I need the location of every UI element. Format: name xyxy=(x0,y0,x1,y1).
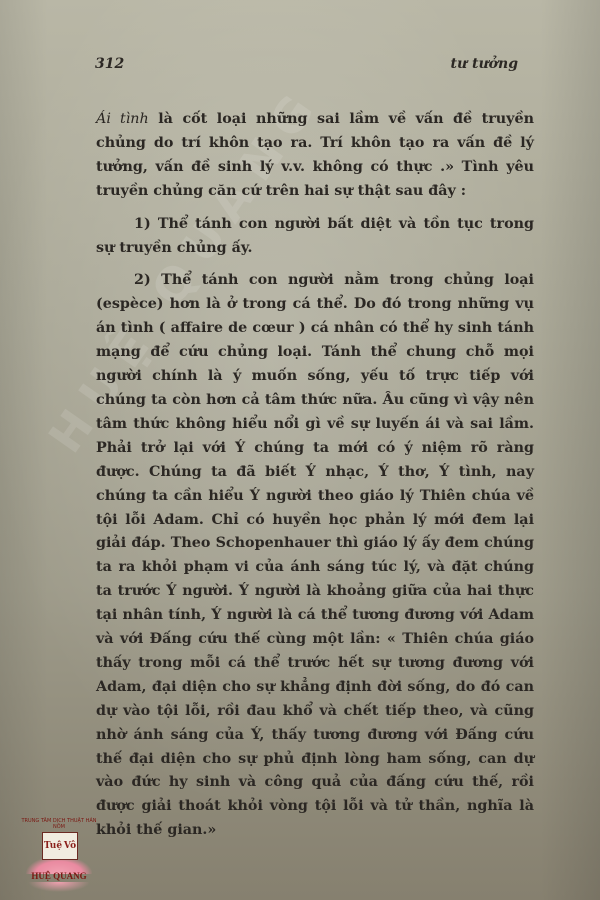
page-body: Ái tình là cốt loại những sai lầm về vấn… xyxy=(96,108,534,843)
running-header: tư tưởng xyxy=(451,56,518,72)
publisher-logo: TRUNG TÂM DỊCH THUẬT HÁN NÔM Tuệ Vô HUỆ … xyxy=(18,818,100,896)
logo-name: HUỆ QUANG xyxy=(18,871,100,881)
book-icon: Tuệ Vô xyxy=(42,832,78,860)
lotus-base-icon xyxy=(28,882,90,892)
paragraph-1: Ái tình là cốt loại những sai lầm về vấn… xyxy=(96,108,534,204)
page-header: 312 tư tưởng xyxy=(95,56,518,72)
paragraph-3: 2) Thể tánh con người nằm trong chủng lo… xyxy=(96,269,534,843)
paragraph-1-text: là cốt loại những sai lầm về vấn đề truy… xyxy=(96,111,534,199)
paragraph-2: 1) Thể tánh con người bất diệt và tồn tụ… xyxy=(96,213,534,261)
page-number: 312 xyxy=(95,56,124,72)
lead-italic-term: Ái tình xyxy=(96,111,149,127)
book-left-glyph: Tuệ xyxy=(44,841,62,851)
logo-arc-text: TRUNG TÂM DỊCH THUẬT HÁN NÔM xyxy=(18,818,100,830)
book-right-glyph: Vô xyxy=(64,841,76,851)
